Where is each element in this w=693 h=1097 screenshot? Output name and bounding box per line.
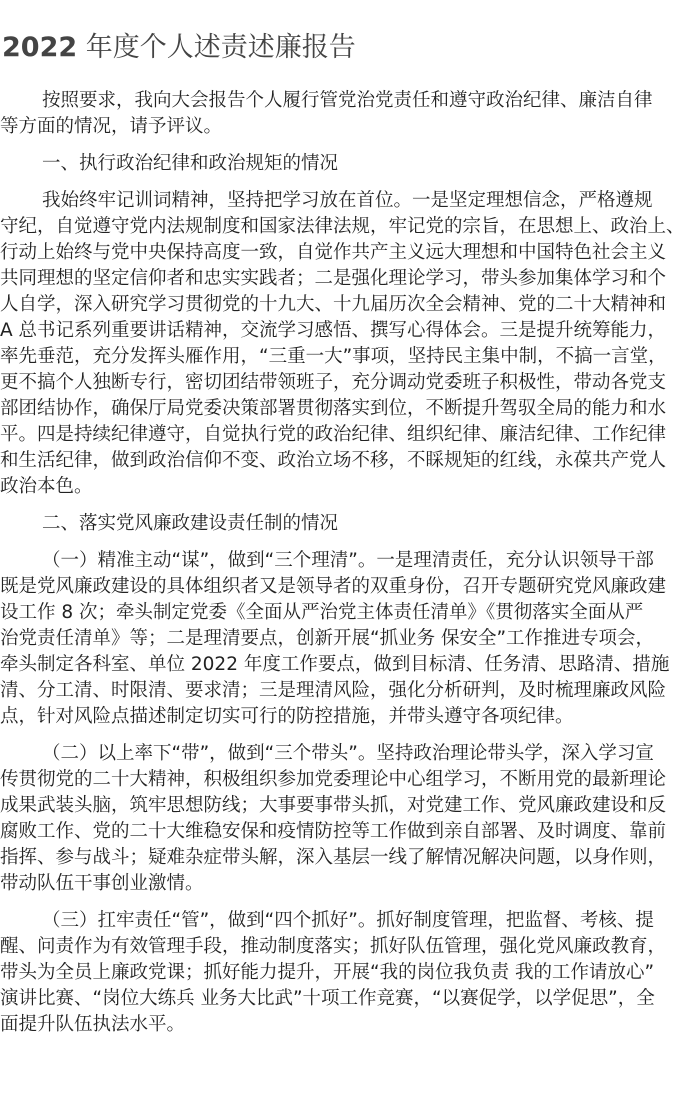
text-line: （一）精准主动“谋”，做到“三个理清”。一是理清责任，充分认识领导干部 (0, 548, 693, 574)
text-line: 指挥、参与战斗；疑难杂症带头解，深入基层一线了解情况解决问题，以身作则， (0, 845, 693, 871)
text-line: 带头为全员上廉政党课；抓好能力提升，开展“我的岗位我负责 我的工作请放心” (0, 960, 693, 986)
paragraph: （三）扛牢责任“管”，做到“四个抓好”。抓好制度管理，把监督、考核、提醒、问责作… (0, 908, 693, 1038)
text-line: 治党责任清单》等；二是理清要点，创新开展“抓业务 保安全”工作推进专项会， (0, 626, 693, 652)
text-line: 共同理想的坚定信仰者和忠实实践者；二是强化理论学习，带头参加集体学习和个 (0, 266, 693, 292)
text-line: 政治本色。 (0, 474, 693, 500)
text-line: 演讲比赛、“岗位大练兵 业务大比武”十项工作竞赛，“以赛促学，以学促思”，全 (0, 986, 693, 1012)
text-line: 既是党风廉政建设的具体组织者又是领导者的双重身份，召开专题研究党风廉政建 (0, 574, 693, 600)
text-line: 更不搞个人独断专行，密切团结带领班子，充分调动党委班子积极性，带动各党支 (0, 370, 693, 396)
text-line: 带动队伍干事创业激情。 (0, 871, 693, 897)
text-line: 和生活纪律，做到政治信仰不变、政治立场不移，不睬规矩的红线，永葆共产党人 (0, 448, 693, 474)
text-line: 成果武装头脑，筑牢思想防线；大事要事带头抓，对党建工作、党风廉政建设和反 (0, 793, 693, 819)
text-line: A 总书记系列重要讲话精神，交流学习感悟、撰写心得体会。三是提升统筹能力， (0, 318, 693, 344)
text-line: 人自学，深入研究学习贯彻党的十九大、十九届历次全会精神、党的二十大精神和 (0, 292, 693, 318)
text-line: 等方面的情况，请予评议。 (0, 114, 693, 140)
text-line: 率先垂范，充分发挥头雁作用，“三重一大”事项，坚持民主集中制，不搞一言堂， (0, 344, 693, 370)
text-line: 我始终牢记训词精神，坚持把学习放在首位。一是坚定理想信念，严格遵规 (0, 188, 693, 214)
title-year: 2022 (2, 32, 77, 63)
text-line: 二、落实党风廉政建设责任制的情况 (0, 511, 693, 537)
section-heading: 一、执行政治纪律和政治规矩的情况 (0, 151, 693, 177)
text-line: 设工作 8 次；牵头制定党委《全面从严治党主体责任清单》《贯彻落实全面从严 (0, 600, 693, 626)
document-title: 2022 年度个人述责述廉报告 (2, 30, 356, 66)
paragraph: （二）以上率下“带”，做到“三个带头”。坚持政治理论带头学，深入学习宣传贯彻党的… (0, 741, 693, 897)
text-line: 清、分工清、时限清、要求清；三是理清风险，强化分析研判，及时梳理廉政风险 (0, 678, 693, 704)
section-heading: 二、落实党风廉政建设责任制的情况 (0, 511, 693, 537)
text-line: 行动上始终与党中央保持高度一致，自觉作共产主义远大理想和中国特色社会主义 (0, 240, 693, 266)
text-line: 平。四是持续纪律遵守，自觉执行党的政治纪律、组织纪律、廉洁纪律、工作纪律 (0, 422, 693, 448)
text-line: 一、执行政治纪律和政治规矩的情况 (0, 151, 693, 177)
text-line: （三）扛牢责任“管”，做到“四个抓好”。抓好制度管理，把监督、考核、提 (0, 908, 693, 934)
paragraph: 我始终牢记训词精神，坚持把学习放在首位。一是坚定理想信念，严格遵规守纪，自觉遵守… (0, 188, 693, 500)
text-line: 按照要求，我向大会报告个人履行管党治党责任和遵守政治纪律、廉洁自律 (0, 88, 693, 114)
text-line: 传贯彻党的二十大精神，积极组织参加党委理论中心组学习，不断用党的最新理论 (0, 767, 693, 793)
text-line: 点，针对风险点描述制定切实可行的防控措施，并带头遵守各项纪律。 (0, 704, 693, 730)
document-page: 2022 年度个人述责述廉报告 按照要求，我向大会报告个人履行管党治党责任和遵守… (0, 0, 693, 1097)
title-text: 年度个人述责述廉报告 (77, 32, 356, 63)
paragraph: （一）精准主动“谋”，做到“三个理清”。一是理清责任，充分认识领导干部既是党风廉… (0, 548, 693, 730)
text-line: 守纪，自觉遵守党内法规制度和国家法律法规，牢记党的宗旨，在思想上、政治上、 (0, 214, 693, 240)
text-line: 牵头制定各科室、单位 2022 年度工作要点，做到目标清、任务清、思路清、措施 (0, 652, 693, 678)
document-body: 按照要求，我向大会报告个人履行管党治党责任和遵守政治纪律、廉洁自律等方面的情况，… (0, 88, 693, 1049)
text-line: 面提升队伍执法水平。 (0, 1012, 693, 1038)
paragraph: 按照要求，我向大会报告个人履行管党治党责任和遵守政治纪律、廉洁自律等方面的情况，… (0, 88, 693, 140)
text-line: （二）以上率下“带”，做到“三个带头”。坚持政治理论带头学，深入学习宣 (0, 741, 693, 767)
text-line: 醒、问责作为有效管理手段，推动制度落实；抓好队伍管理，强化党风廉政教育， (0, 934, 693, 960)
text-line: 部团结协作，确保厅局党委决策部署贯彻落实到位，不断提升驾驭全局的能力和水 (0, 396, 693, 422)
text-line: 腐败工作、党的二十大维稳安保和疫情防控等工作做到亲自部署、及时调度、靠前 (0, 819, 693, 845)
